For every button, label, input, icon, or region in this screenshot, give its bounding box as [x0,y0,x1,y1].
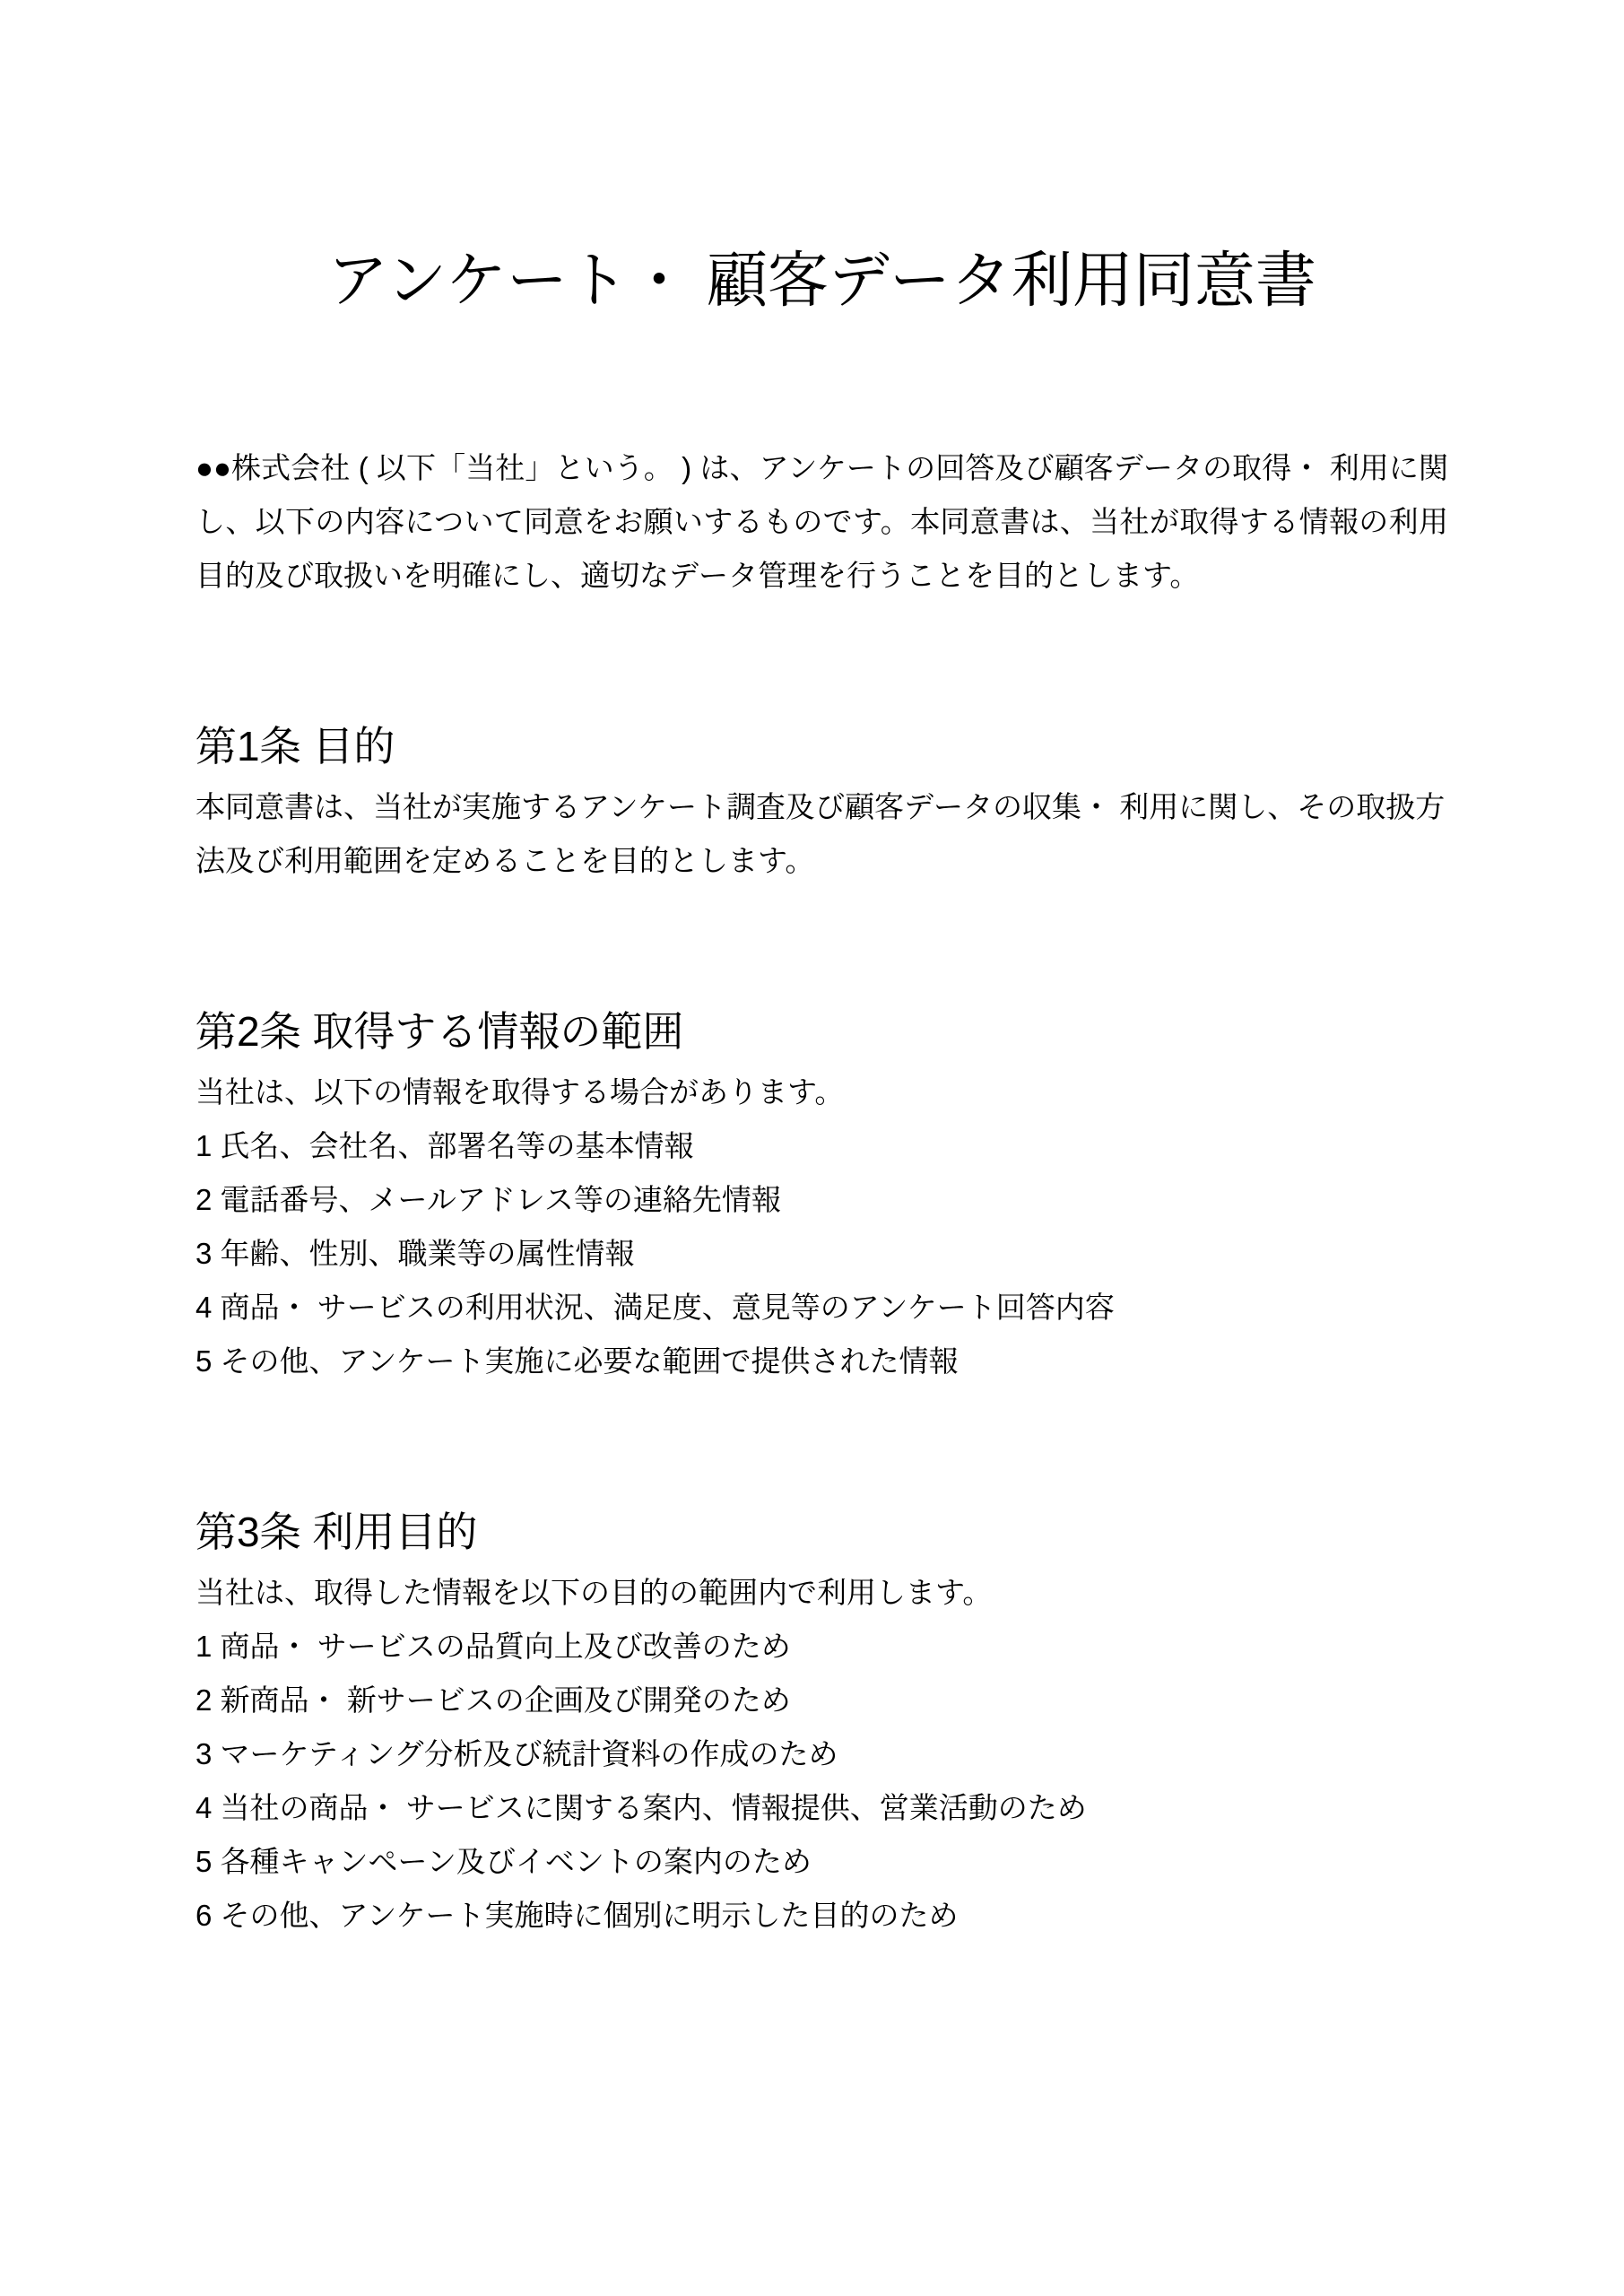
section-article-2: 第2条 取得する情報の範囲 当社は、以下の情報を取得する場合があります。 1 氏… [195,1004,1448,1388]
section-2-body: 当社は、以下の情報を取得する場合があります。 [195,1065,1448,1119]
list-item: 1 商品・ サービスの品質向上及び改善のため [195,1620,1448,1674]
section-article-1: 第1条 目的 本同意書は、当社が実施するアンケート調査及び顧客データの収集・ 利… [195,719,1448,888]
document-page: アンケート・ 顧客データ利用同意書 ●●株式会社 ( 以下「当社」という。 ) … [0,0,1624,2296]
document-title: アンケート・ 顧客データ利用同意書 [195,248,1448,314]
section-article-3: 第3条 利用目的 当社は、取得した情報を以下の目的の範囲内で利用します。 1 商… [195,1505,1448,1943]
list-item: 1 氏名、会社名、部署名等の基本情報 [195,1119,1448,1173]
list-item: 3 年齢、性別、職業等の属性情報 [195,1227,1448,1281]
list-item: 6 その他、アンケート実施時に個別に明示した目的のため [195,1889,1448,1943]
intro-paragraph: ●●株式会社 ( 以下「当社」という。 ) は、アンケートの回答及び顧客データの… [195,441,1448,603]
list-item: 5 各種キャンペーン及びイベントの案内のため [195,1835,1448,1889]
list-item: 4 当社の商品・ サービスに関する案内、情報提供、営業活動のため [195,1781,1448,1835]
section-1-body: 本同意書は、当社が実施するアンケート調査及び顧客データの収集・ 利用に関し、その… [195,780,1448,888]
list-item: 4 商品・ サービスの利用状況、満足度、意見等のアンケート回答内容 [195,1281,1448,1335]
list-item: 2 新商品・ 新サービスの企画及び開発のため [195,1674,1448,1727]
list-item: 5 その他、アンケート実施に必要な範囲で提供された情報 [195,1335,1448,1388]
section-2-heading: 第2条 取得する情報の範囲 [195,1004,1448,1058]
list-item: 3 マーケティング分析及び統計資料の作成のため [195,1727,1448,1781]
section-1-heading: 第1条 目的 [195,719,1448,773]
section-3-heading: 第3条 利用目的 [195,1505,1448,1559]
section-3-body: 当社は、取得した情報を以下の目的の範囲内で利用します。 [195,1566,1448,1620]
list-item: 2 電話番号、メールアドレス等の連絡先情報 [195,1173,1448,1227]
